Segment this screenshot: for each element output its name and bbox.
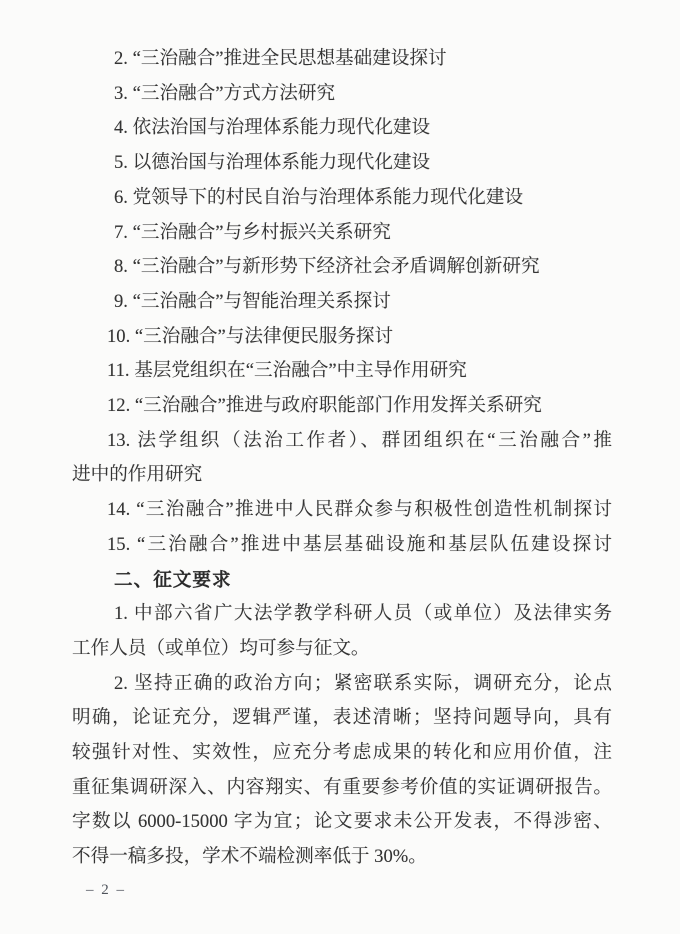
paragraph-line: 2. 坚持正确的政治方向；紧密联系实际，调研充分，论点 [72, 667, 612, 702]
paragraph-line: 字数以 6000-15000 字为宜；论文要求未公开发表，不得涉密、 [72, 805, 612, 840]
paragraph-line: 1. 中部六省广大法学教学科研人员（或单位）及法律实务 [72, 597, 612, 632]
list-item-line: 3. “三治融合”方式方法研究 [72, 77, 612, 112]
paragraph-line: 重征集调研深入、内容翔实、有重要参考价值的实证调研报告。 [72, 771, 612, 806]
section-heading: 二、征文要求 [72, 563, 612, 598]
paragraph-line: 工作人员（或单位）均可参与征文。 [72, 632, 612, 667]
list-item-line: 5. 以德治国与治理体系能力现代化建设 [72, 146, 612, 181]
paragraph-line: 较强针对性、实效性，应充分考虑成果的转化和应用价值，注 [72, 736, 612, 771]
list-item-line: 9. “三治融合”与智能治理关系探讨 [72, 285, 612, 320]
paragraph-line: 明确，论证充分，逻辑严谨，表述清晰；坚持问题导向，具有 [72, 701, 612, 736]
page-number: – 2 – [86, 878, 612, 902]
list-item-line: 4. 依法治国与治理体系能力现代化建设 [72, 111, 612, 146]
list-item-line: 11. 基层党组织在“三治融合”中主导作用研究 [72, 354, 612, 389]
list-item-line: 13. 法学组织（法治工作者）、群团组织在“三治融合”推 [72, 424, 612, 459]
list-item-line: 12. “三治融合”推进与政府职能部门作用发挥关系研究 [72, 389, 612, 424]
list-item-line: 7. “三治融合”与乡村振兴关系研究 [72, 216, 612, 251]
list-item-line: 14. “三治融合”推进中人民群众参与积极性创造性机制探讨 [72, 493, 612, 528]
list-item-line: 8. “三治融合”与新形势下经济社会矛盾调解创新研究 [72, 250, 612, 285]
list-item-line: 10. “三治融合”与法律便民服务探讨 [72, 320, 612, 355]
list-item-line: 6. 党领导下的村民自治与治理体系能力现代化建设 [72, 181, 612, 216]
list-item-wrap-line: 进中的作用研究 [72, 458, 612, 493]
document-page: 2. “三治融合”推进全民思想基础建设探讨 3. “三治融合”方式方法研究 4.… [0, 0, 680, 934]
paragraph-line: 不得一稿多投，学术不端检测率低于 30%。 [72, 840, 612, 875]
list-item-line: 2. “三治融合”推进全民思想基础建设探讨 [72, 42, 612, 77]
list-item-line: 15. “三治融合”推进中基层基础设施和基层队伍建设探讨 [72, 528, 612, 563]
